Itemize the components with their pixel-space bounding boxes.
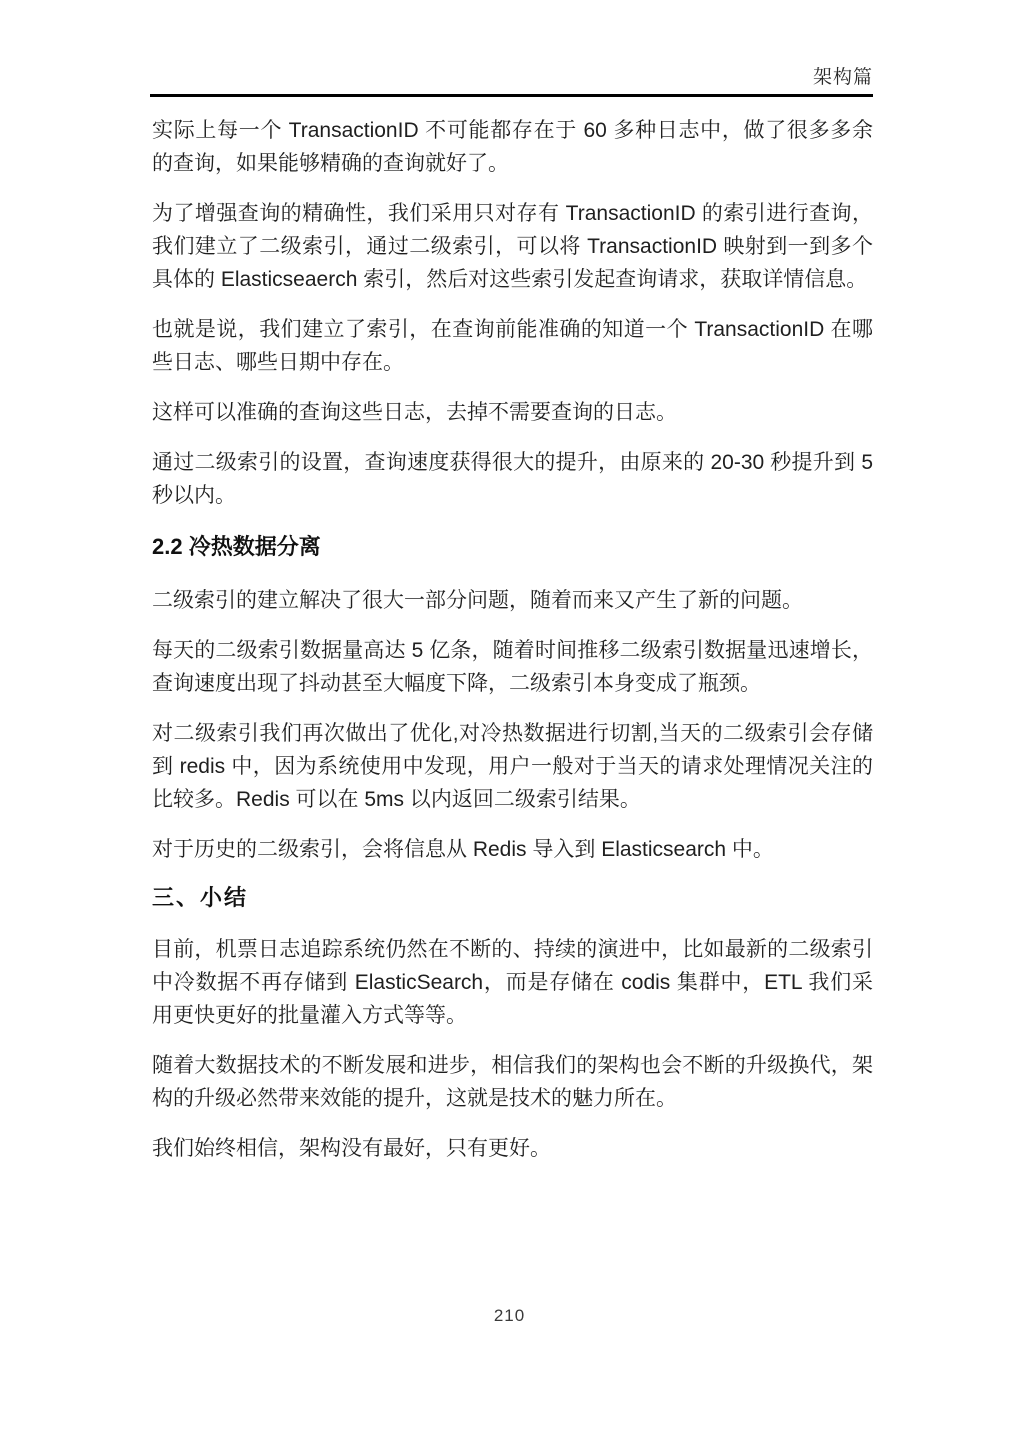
paragraph: 为了增强查询的精确性，我们采用只对存有 TransactionID 的索引进行查… [152,197,873,296]
document-page: 架构篇 实际上每一个 TransactionID 不可能都存在于 60 多种日志… [0,0,1019,1440]
paragraph: 这样可以准确的查询这些日志，去掉不需要查询的日志。 [152,396,873,429]
paragraph: 随着大数据技术的不断发展和进步，相信我们的架构也会不断的升级换代，架构的升级必然… [152,1049,873,1115]
page-body: 实际上每一个 TransactionID 不可能都存在于 60 多种日志中，做了… [152,114,873,1182]
running-header-title: 架构篇 [150,62,873,89]
paragraph: 对二级索引我们再次做出了优化,对冷热数据进行切割,当天的二级索引会存储到 red… [152,717,873,816]
paragraph: 对于历史的二级索引，会将信息从 Redis 导入到 Elasticsearch … [152,833,873,866]
paragraph: 实际上每一个 TransactionID 不可能都存在于 60 多种日志中，做了… [152,114,873,180]
paragraph: 目前，机票日志追踪系统仍然在不断的、持续的演进中，比如最新的二级索引中冷数据不再… [152,933,873,1032]
header-rule [150,94,873,97]
paragraph: 也就是说，我们建立了索引，在查询前能准确的知道一个 TransactionID … [152,313,873,379]
page-number: 210 [0,1306,1019,1326]
subsection-heading: 2.2 冷热数据分离 [152,532,873,562]
paragraph: 每天的二级索引数据量高达 5 亿条，随着时间推移二级索引数据量迅速增长，查询速度… [152,634,873,700]
paragraph: 二级索引的建立解决了很大一部分问题，随着而来又产生了新的问题。 [152,584,873,617]
section-heading: 三、小结 [152,883,873,913]
paragraph: 我们始终相信，架构没有最好，只有更好。 [152,1132,873,1165]
paragraph: 通过二级索引的设置，查询速度获得很大的提升，由原来的 20-30 秒提升到 5 … [152,446,873,512]
